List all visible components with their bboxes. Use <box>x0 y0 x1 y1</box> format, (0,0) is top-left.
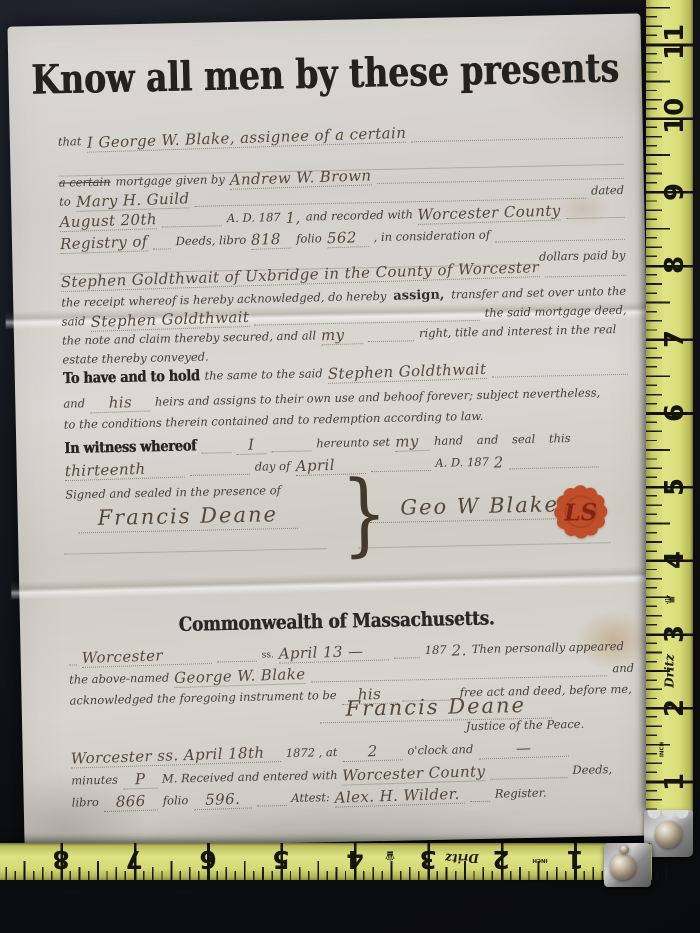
ruler-number: 6 <box>192 845 224 873</box>
ruler-number: 4 <box>339 845 371 873</box>
printed-text: Attest: <box>291 791 330 806</box>
handwritten-text: George W. Blake <box>174 665 306 687</box>
ruler-number: 11 <box>660 28 690 60</box>
handwritten-text: August 20th <box>59 211 157 232</box>
printed-text-emphasis: assign, <box>393 288 444 303</box>
ruler-number: 7 <box>118 845 150 873</box>
printed-text: Register. <box>495 787 547 802</box>
printed-text: A. D. 187 <box>435 456 489 471</box>
dotted-rule <box>491 369 628 378</box>
printed-text: mortgage given by <box>115 173 225 189</box>
handwritten-text: thirteenth <box>65 459 185 480</box>
dotted-rule <box>495 234 625 243</box>
brand-label: Dritz <box>663 648 677 695</box>
handwritten-text: 866 <box>104 792 159 811</box>
handwritten-text: my <box>321 326 364 345</box>
photo-background: Know all men by these presents that I Ge… <box>0 0 700 933</box>
printed-text: 1872 , at <box>286 746 338 761</box>
printed-text: the above-named <box>69 672 169 688</box>
printed-text: acknowledged the foregoing instrument to… <box>69 689 336 708</box>
handwritten-text: 2 <box>494 454 504 471</box>
dotted-rule <box>491 772 568 780</box>
handwritten-text: I George W. Blake, assignee of a certain <box>86 124 406 152</box>
printed-text: and <box>63 397 85 411</box>
notary-wafer-seal: LS <box>551 482 610 541</box>
ruler-number: 7 <box>660 323 690 355</box>
vertical-ruler: 11 10 9 8 7 6 5 4 3 2 1 ♛ Dritz INCH <box>646 0 693 812</box>
handwritten-text: 1, <box>285 209 301 226</box>
handwritten-signature: Geo W Blake <box>400 492 559 519</box>
seal-monogram: LS <box>563 499 598 527</box>
handwritten-signature: Francis Deane <box>97 502 278 530</box>
printed-text: hereunto set <box>316 436 390 451</box>
dotted-rule <box>509 461 599 469</box>
dotted-rule <box>69 659 77 665</box>
printed-text: the same to the said <box>204 367 322 383</box>
justice-title: Justice of the Peace. <box>352 715 584 738</box>
ruler-number: 9 <box>660 176 690 208</box>
handwritten-text: Worcester County <box>342 763 486 785</box>
dotted-rule <box>470 796 490 802</box>
ruler-number: 5 <box>265 845 297 873</box>
ruler-number: 2 <box>485 845 517 873</box>
printed-text: , in consideration of <box>374 229 491 245</box>
ruler-number: 8 <box>660 249 690 281</box>
dotted-rule <box>256 800 286 807</box>
printed-text: that <box>58 135 82 149</box>
ruler-number: 2 <box>660 692 690 724</box>
fold-crease-bottom <box>11 566 660 600</box>
dotted-rule <box>153 243 171 249</box>
brand-label: Dritz <box>438 851 486 865</box>
printed-text-struck: a certain <box>59 176 111 191</box>
document: Know all men by these presents that I Ge… <box>7 13 657 848</box>
commonwealth-heading: Commonwealth of Massachusetts. <box>20 604 653 640</box>
dotted-rule <box>566 212 625 219</box>
handwritten-text: 596. <box>193 790 252 809</box>
handwritten-text: 2 <box>342 742 403 761</box>
brand-logo-icon: ♛ <box>663 588 678 612</box>
ruler-number: 6 <box>660 397 690 429</box>
printed-text: to the conditions therein contained and … <box>64 410 484 433</box>
form-line-opening: that I George W. Blake, assignee of a ce… <box>58 120 623 150</box>
handwritten-text: April 13 — <box>279 642 389 663</box>
printed-text: Signed and sealed in the presence of <box>65 484 281 502</box>
printed-text: day of <box>255 460 291 475</box>
dotted-rule <box>358 541 610 548</box>
witness-signature: Francis Deane <box>78 503 298 534</box>
handwritten-text: Stephen Goldthwait <box>327 360 486 382</box>
dotted-rule <box>217 656 257 663</box>
printed-text: folio <box>163 794 189 808</box>
tape-rivet-loop <box>620 845 629 854</box>
handwritten-text: his <box>90 393 151 412</box>
seal-graphic: LS <box>551 482 610 541</box>
dotted-rule <box>201 447 231 454</box>
printed-text: ss. <box>262 650 274 661</box>
horizontal-ruler: 8 7 6 5 4 3 2 1 ♛ Dritz INCH <box>0 843 652 880</box>
handwritten-text: 818 <box>251 230 292 249</box>
tape-metal-tip-horizontal <box>604 843 651 887</box>
printed-text: M. Received and entered with <box>162 769 338 786</box>
document-title: Know all men by these presents <box>8 43 642 104</box>
printed-text: Deeds, libro <box>176 234 247 249</box>
ruler-number: 8 <box>45 845 77 873</box>
printed-heading: In witness whereof <box>64 438 196 458</box>
printed-text: and recorded with <box>306 208 413 224</box>
dotted-rule <box>64 547 326 554</box>
ruler-number: 3 <box>660 618 690 650</box>
dotted-rule <box>394 652 420 659</box>
ruler-number: 10 <box>660 102 690 134</box>
printed-text: and <box>612 662 634 676</box>
tape-rivet <box>610 854 636 880</box>
unit-label: INCH <box>527 856 553 863</box>
ruler-number: 5 <box>660 471 690 503</box>
handwritten-text: 2. <box>451 642 467 659</box>
handwritten-text: Worcester ss. April 18th <box>71 744 281 768</box>
dotted-rule <box>544 270 626 278</box>
dotted-rule <box>368 335 414 342</box>
handwritten-text: — <box>478 738 569 758</box>
handwritten-text: Mary H. Guild <box>75 190 189 211</box>
handwritten-text: 562 <box>326 228 369 247</box>
handwritten-text: my <box>395 432 430 451</box>
printed-heading: To have and to hold <box>63 368 200 388</box>
printed-text: said <box>62 315 86 329</box>
printed-text: libro <box>72 796 99 810</box>
printed-text: dated <box>591 184 624 198</box>
printed-text: Deeds, <box>572 763 612 778</box>
unit-label: INCH <box>660 735 667 765</box>
ruler-number: 4 <box>660 544 690 576</box>
printed-text: minutes <box>71 774 118 789</box>
handwritten-text: I <box>236 436 267 454</box>
ruler-number: 1 <box>559 845 591 873</box>
handwritten-text: Registry of <box>60 233 148 253</box>
handwritten-text: Alex. H. Wilder. <box>335 785 465 807</box>
printed-text: Then personally appeared <box>472 640 624 657</box>
printed-text: to <box>59 196 71 210</box>
handwritten-text: P <box>123 770 158 789</box>
dotted-rule <box>411 132 623 142</box>
printed-text: A. D. 187 <box>227 211 281 226</box>
printed-text: o'clock and <box>407 743 473 758</box>
printed-text: hand and seal this <box>434 432 571 449</box>
ruler-number: 1 <box>660 766 690 798</box>
dotted-rule <box>162 220 222 227</box>
printed-text: 187 <box>425 644 447 658</box>
printed-text: Justice of the Peace. <box>466 717 585 733</box>
brand-logo-icon: ♛ <box>378 848 402 863</box>
printed-text: folio <box>296 232 322 246</box>
dotted-rule <box>190 469 250 476</box>
dotted-rule <box>271 445 311 452</box>
handwritten-text: Worcester <box>81 645 211 667</box>
handwritten-text: Worcester County <box>418 202 562 224</box>
